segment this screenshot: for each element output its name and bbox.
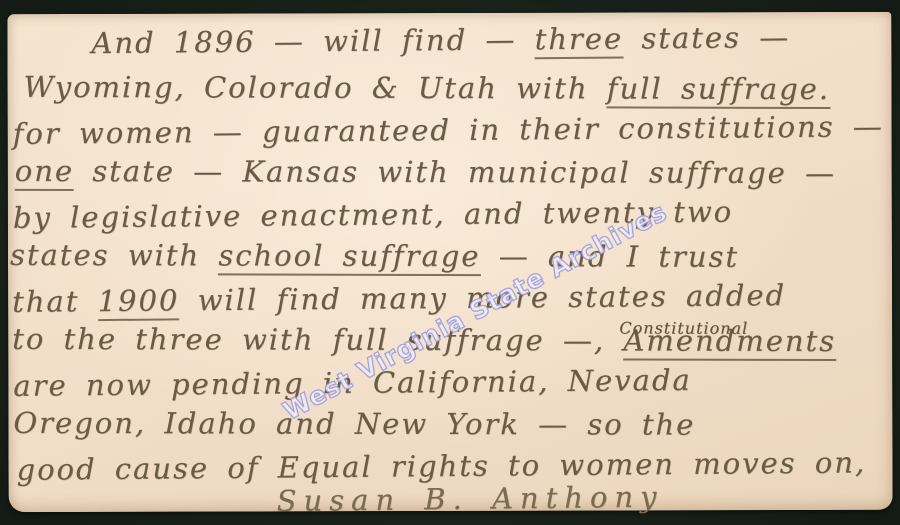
manuscript-text: three [534,21,623,59]
manuscript-text: Oregon, Idaho and New York — so the [13,406,695,442]
manuscript-text: are now pending in California, Nevada [13,363,692,403]
inserted-word: Constitutional [619,307,748,349]
manuscript-text: one [15,154,74,191]
manuscript-text: state — Kansas with municipal suffrage — [74,154,836,190]
manuscript-line: Wyoming, Colorado & Utah with full suffr… [7,66,891,110]
manuscript-text: Wyoming, Colorado & Utah with [24,70,607,106]
manuscript-line: that 1900 will find many more states add… [8,273,892,323]
manuscript-line: for women — guaranteed in their constitu… [7,105,891,155]
manuscript-text: for women — guaranteed in their constitu… [13,109,884,151]
manuscript-lines: And 1896 — will find — three states —Wyo… [7,12,892,512]
manuscript-text: to the three with full suffrage —, [12,322,623,358]
manuscript-line: states with school suffrage — and I trus… [8,234,892,278]
manuscript-text: full suffrage. [607,71,830,109]
manuscript-text: states — [623,20,790,55]
manuscript-line: And 1896 — will find — three states — [7,15,891,65]
manuscript-text: by legislative enactment, and twenty two [13,195,734,235]
manuscript-text: 1900 [97,283,179,321]
manuscript-line: are now pending in California, Nevada [8,357,892,407]
manuscript-line: by legislative enactment, and twenty two [8,189,892,239]
manuscript-line: to the three with full suffrage —, Amend… [8,318,892,362]
manuscript-card: And 1896 — will find — three states —Wyo… [7,12,892,512]
manuscript-text: states with [10,238,218,273]
manuscript-line: one state — Kansas with municipal suffra… [8,150,892,194]
manuscript-line: Oregon, Idaho and New York — so the [8,402,892,446]
manuscript-text: school suffrage [218,238,480,276]
manuscript-text: — and I trust [480,239,739,274]
manuscript-text: that [12,284,98,319]
manuscript-text: AmendmentsConstitutional [623,323,836,361]
manuscript-text: And 1896 — will find — [91,22,534,60]
